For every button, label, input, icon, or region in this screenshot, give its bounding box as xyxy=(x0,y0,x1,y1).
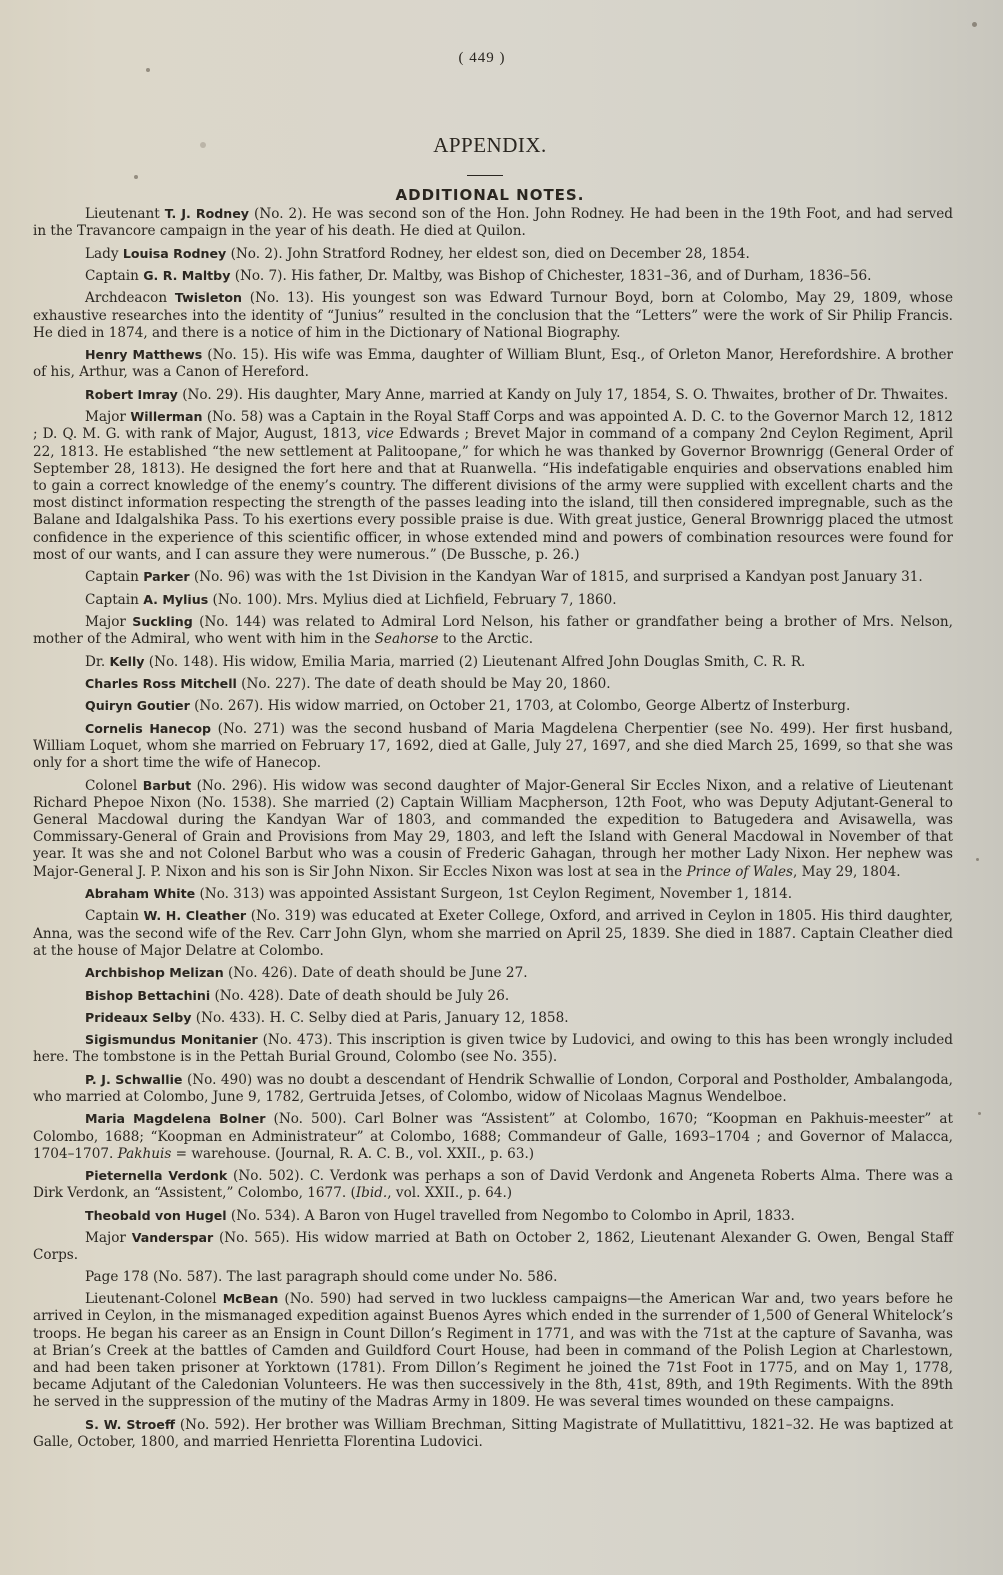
note-entry: Maria Magdelena Bolner (No. 500). Carl B… xyxy=(33,1110,953,1163)
entry-text: (No. 227). The date of death should be M… xyxy=(237,676,611,692)
note-entry: Lieutenant-Colonel McBean (No. 590) had … xyxy=(33,1290,953,1411)
entry-prefix: Lieutenant-Colonel xyxy=(85,1291,223,1307)
entry-name: P. J. Schwallie xyxy=(85,1072,182,1087)
entry-name: Pieternella Verdonk xyxy=(85,1168,227,1183)
entry-name: Archbishop Melizan xyxy=(85,965,224,980)
entry-text-continued: , vol. XXII., p. 64.) xyxy=(387,1185,512,1201)
note-entry: Archbishop Melizan (No. 426). Date of de… xyxy=(33,964,953,982)
title-rule xyxy=(467,175,503,176)
paper-spot xyxy=(978,1112,981,1115)
entry-text: (No. 267). His widow married, on October… xyxy=(190,698,851,714)
note-entry: Henry Matthews (No. 15). His wife was Em… xyxy=(33,346,953,381)
entry-text: (No. 313) was appointed Assistant Surgeo… xyxy=(195,886,792,902)
paper-spot xyxy=(972,22,977,27)
section-title: ADDITIONAL NOTES. xyxy=(0,186,980,204)
note-entry: Abraham White (No. 313) was appointed As… xyxy=(33,885,953,903)
entry-name: A. Mylius xyxy=(143,592,208,607)
entry-prefix: Lady xyxy=(85,246,123,262)
entry-prefix: Colonel xyxy=(85,778,143,794)
entry-text: (No. 2). John Stratford Rodney, her elde… xyxy=(226,246,750,262)
note-entry: Robert Imray (No. 29). His daughter, Mar… xyxy=(33,386,953,404)
entry-text: (No. 7). His father, Dr. Maltby, was Bis… xyxy=(230,268,871,284)
entry-name: Barbut xyxy=(143,778,191,793)
entry-text: (No. 100). Mrs. Mylius died at Lichfield… xyxy=(208,592,616,608)
entry-text: (No. 590) had served in two luckless cam… xyxy=(33,1291,953,1410)
entry-italic: Ibid. xyxy=(356,1185,387,1201)
entry-prefix: Page 178 (No. 587). The last paragraph s… xyxy=(85,1269,557,1285)
entry-text-continued: , May 29, 1804. xyxy=(793,864,901,880)
entry-prefix: Lieutenant xyxy=(85,206,165,222)
entry-name: Bishop Bettachini xyxy=(85,988,210,1003)
entry-prefix: Captain xyxy=(85,268,143,284)
entry-name: Henry Matthews xyxy=(85,347,202,362)
note-entry: S. W. Stroeff (No. 592). Her brother was… xyxy=(33,1416,953,1451)
note-entry: Charles Ross Mitchell (No. 227). The dat… xyxy=(33,675,953,693)
entry-text: (No. 148). His widow, Emilia Maria, marr… xyxy=(144,654,805,670)
entry-name: Kelly xyxy=(110,654,145,669)
entry-text: (No. 428). Date of death should be July … xyxy=(210,988,509,1004)
note-entry: Captain A. Mylius (No. 100). Mrs. Mylius… xyxy=(33,591,953,609)
page-number: ( 449 ) xyxy=(0,50,964,67)
entry-name: Prideaux Selby xyxy=(85,1010,191,1025)
book-page: ( 449 ) APPENDIX. ADDITIONAL NOTES. Lieu… xyxy=(0,0,1003,1575)
entry-text-continued: = warehouse. (Journal, R. A. C. B., vol.… xyxy=(171,1146,534,1162)
entry-name: Quiryn Goutier xyxy=(85,698,190,713)
paper-spot xyxy=(134,175,138,179)
entry-name: S. W. Stroeff xyxy=(85,1417,175,1432)
entry-italic: vice xyxy=(366,426,394,442)
entry-text-continued: Edwards ; Brevet Major in command of a c… xyxy=(33,426,953,562)
note-entry: Archdeacon Twisleton (No. 13). His young… xyxy=(33,289,953,342)
note-entry: Major Willerman (No. 58) was a Captain i… xyxy=(33,408,953,564)
paper-spot xyxy=(146,68,150,72)
entry-name: Theobald von Hugel xyxy=(85,1208,227,1223)
entry-name: G. R. Maltby xyxy=(143,268,230,283)
entry-text: (No. 29). His daughter, Mary Anne, marri… xyxy=(178,387,948,403)
note-entry: Captain W. H. Cleather (No. 319) was edu… xyxy=(33,907,953,960)
entry-prefix: Captain xyxy=(85,908,143,924)
entry-text: (No. 426). Date of death should be June … xyxy=(224,965,528,981)
entry-name: Twisleton xyxy=(175,290,242,305)
note-entry: Prideaux Selby (No. 433). H. C. Selby di… xyxy=(33,1009,953,1027)
entry-name: Charles Ross Mitchell xyxy=(85,676,237,691)
note-entry: Page 178 (No. 587). The last paragraph s… xyxy=(33,1269,953,1286)
entry-prefix: Major xyxy=(85,614,132,630)
entry-prefix: Dr. xyxy=(85,654,110,670)
entry-text: (No. 534). A Baron von Hugel travelled f… xyxy=(227,1208,795,1224)
entry-text: (No. 433). H. C. Selby died at Paris, Ja… xyxy=(191,1010,568,1026)
entry-name: Louisa Rodney xyxy=(123,246,226,261)
entry-name: Parker xyxy=(143,569,189,584)
note-entry: Cornelis Hanecop (No. 271) was the secon… xyxy=(33,720,953,773)
note-entry: Sigismundus Monitanier (No. 473). This i… xyxy=(33,1031,953,1066)
entry-italic: Pakhuis xyxy=(118,1146,172,1162)
note-entry: P. J. Schwallie (No. 490) was no doubt a… xyxy=(33,1071,953,1106)
entry-text: (No. 96) was with the 1st Division in th… xyxy=(190,569,923,585)
note-entry: Lieutenant T. J. Rodney (No. 2). He was … xyxy=(33,205,953,240)
entry-name: Maria Magdelena Bolner xyxy=(85,1111,265,1126)
note-entry: Lady Louisa Rodney (No. 2). John Stratfo… xyxy=(33,245,953,263)
entry-name: Willerman xyxy=(130,409,202,424)
entry-prefix: Major xyxy=(85,409,130,425)
note-entry: Captain Parker (No. 96) was with the 1st… xyxy=(33,568,953,586)
entry-name: T. J. Rodney xyxy=(165,206,249,221)
note-entry: Major Suckling (No. 144) was related to … xyxy=(33,613,953,648)
entry-prefix: Major xyxy=(85,1230,132,1246)
page-title: APPENDIX. xyxy=(0,133,980,158)
entry-name: Robert Imray xyxy=(85,387,178,402)
entry-prefix: Captain xyxy=(85,592,143,608)
entry-name: Abraham White xyxy=(85,886,195,901)
entry-name: W. H. Cleather xyxy=(143,908,246,923)
entry-name: Suckling xyxy=(132,614,193,629)
entry-name: McBean xyxy=(223,1291,279,1306)
entry-name: Sigismundus Monitanier xyxy=(85,1032,258,1047)
note-entry: Bishop Bettachini (No. 428). Date of dea… xyxy=(33,987,953,1005)
notes-body: Lieutenant T. J. Rodney (No. 2). He was … xyxy=(33,205,953,1455)
note-entry: Quiryn Goutier (No. 267). His widow marr… xyxy=(33,697,953,715)
note-entry: Pieternella Verdonk (No. 502). C. Verdon… xyxy=(33,1167,953,1202)
note-entry: Theobald von Hugel (No. 534). A Baron vo… xyxy=(33,1207,953,1225)
note-entry: Dr. Kelly (No. 148). His widow, Emilia M… xyxy=(33,653,953,671)
entry-text-continued: to the Arctic. xyxy=(439,631,534,647)
paper-spot xyxy=(976,858,979,861)
paper-spot xyxy=(200,142,206,148)
entry-italic: Prince of Wales xyxy=(686,864,793,880)
entry-italic: Seahorse xyxy=(375,631,439,647)
note-entry: Captain G. R. Maltby (No. 7). His father… xyxy=(33,267,953,285)
note-entry: Colonel Barbut (No. 296). His widow was … xyxy=(33,777,953,881)
entry-name: Cornelis Hanecop xyxy=(85,721,211,736)
entry-prefix: Captain xyxy=(85,569,143,585)
entry-name: Vanderspar xyxy=(132,1230,214,1245)
note-entry: Major Vanderspar (No. 565). His widow ma… xyxy=(33,1229,953,1264)
entry-prefix: Archdeacon xyxy=(85,290,175,306)
